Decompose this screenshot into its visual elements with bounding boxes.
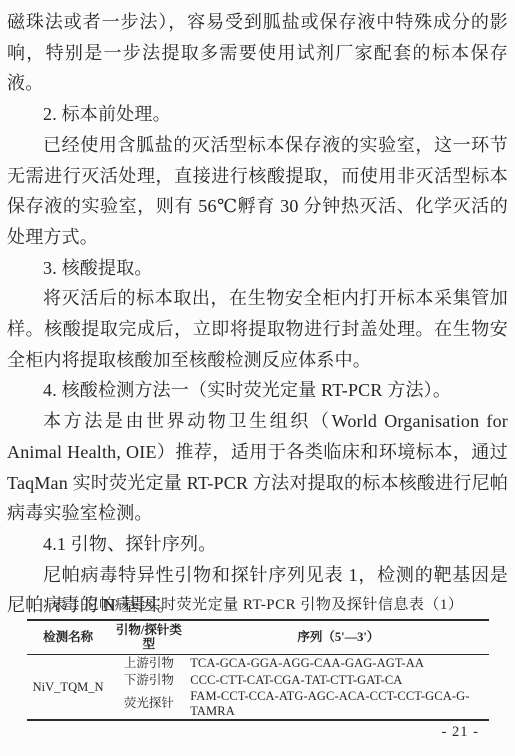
sequence-cell: CCC-CTT-CAT-CGA-TAT-CTT-GAT-CA (188, 672, 488, 689)
primer-probe-table: 检测名称 引物/探针类型 序列（5'—3'） NiV_TQM_N 上游引物 TC… (27, 619, 489, 721)
document-page: 磁珠法或者一步法），容易受到胍盐或保存液中特殊成分的影响，特别是一步法提取多需要… (0, 0, 515, 756)
paragraph-method-description: 本方法是由世界动物卫生组织（World Organisation for Ani… (7, 406, 508, 529)
test-name-cell: NiV_TQM_N (27, 655, 110, 721)
paragraph-heading-2: 2. 标本前处理。 (7, 99, 508, 130)
table-header-row: 检测名称 引物/探针类型 序列（5'—3'） (27, 620, 489, 655)
col-header-primer-type: 引物/探针类型 (110, 620, 189, 655)
paragraph-sample-pretreatment: 已经使用含胍盐的灭活型标本保存液的实验室，这一环节无需进行灭活处理，直接进行核酸… (7, 130, 508, 253)
sequence-cell: FAM-CCT-CCA-ATG-AGC-ACA-CCT-CCT-GCA-G-TA… (188, 688, 488, 720)
paragraph-heading-4: 4. 核酸检测方法一（实时荧光定量 RT-PCR 方法）。 (7, 375, 508, 406)
paragraph-heading-4-1: 4.1 引物、探针序列。 (7, 529, 508, 560)
col-header-test-name: 检测名称 (27, 620, 110, 655)
sequence-cell: TCA-GCA-GGA-AGG-CAA-GAG-AGT-AA (188, 655, 488, 672)
paragraph-continuation: 磁珠法或者一步法），容易受到胍盐或保存液中特殊成分的影响，特别是一步法提取多需要… (7, 7, 508, 99)
primer-type-cell: 下游引物 (110, 672, 189, 689)
col-header-sequence: 序列（5'—3'） (188, 620, 488, 655)
table-caption: 表 1 尼帕病毒实时荧光定量 RT-PCR 引物及探针信息表（1） (0, 594, 515, 616)
primer-type-cell: 上游引物 (110, 655, 189, 672)
paragraph-heading-3: 3. 核酸提取。 (7, 253, 508, 284)
table-row-forward-primer: NiV_TQM_N 上游引物 TCA-GCA-GGA-AGG-CAA-GAG-A… (27, 655, 489, 672)
body-text: 磁珠法或者一步法），容易受到胍盐或保存液中特殊成分的影响，特别是一步法提取多需要… (7, 7, 508, 621)
table-block: 表 1 尼帕病毒实时荧光定量 RT-PCR 引物及探针信息表（1） 检测名称 引… (0, 594, 515, 721)
primer-type-cell: 荧光探针 (110, 688, 189, 720)
page-number: - 21 - (442, 724, 479, 741)
paragraph-nucleic-acid-extract: 将灭活后的标本取出，在生物安全柜内打开标本采集管加样。核酸提取完成后，立即将提取… (7, 283, 508, 375)
